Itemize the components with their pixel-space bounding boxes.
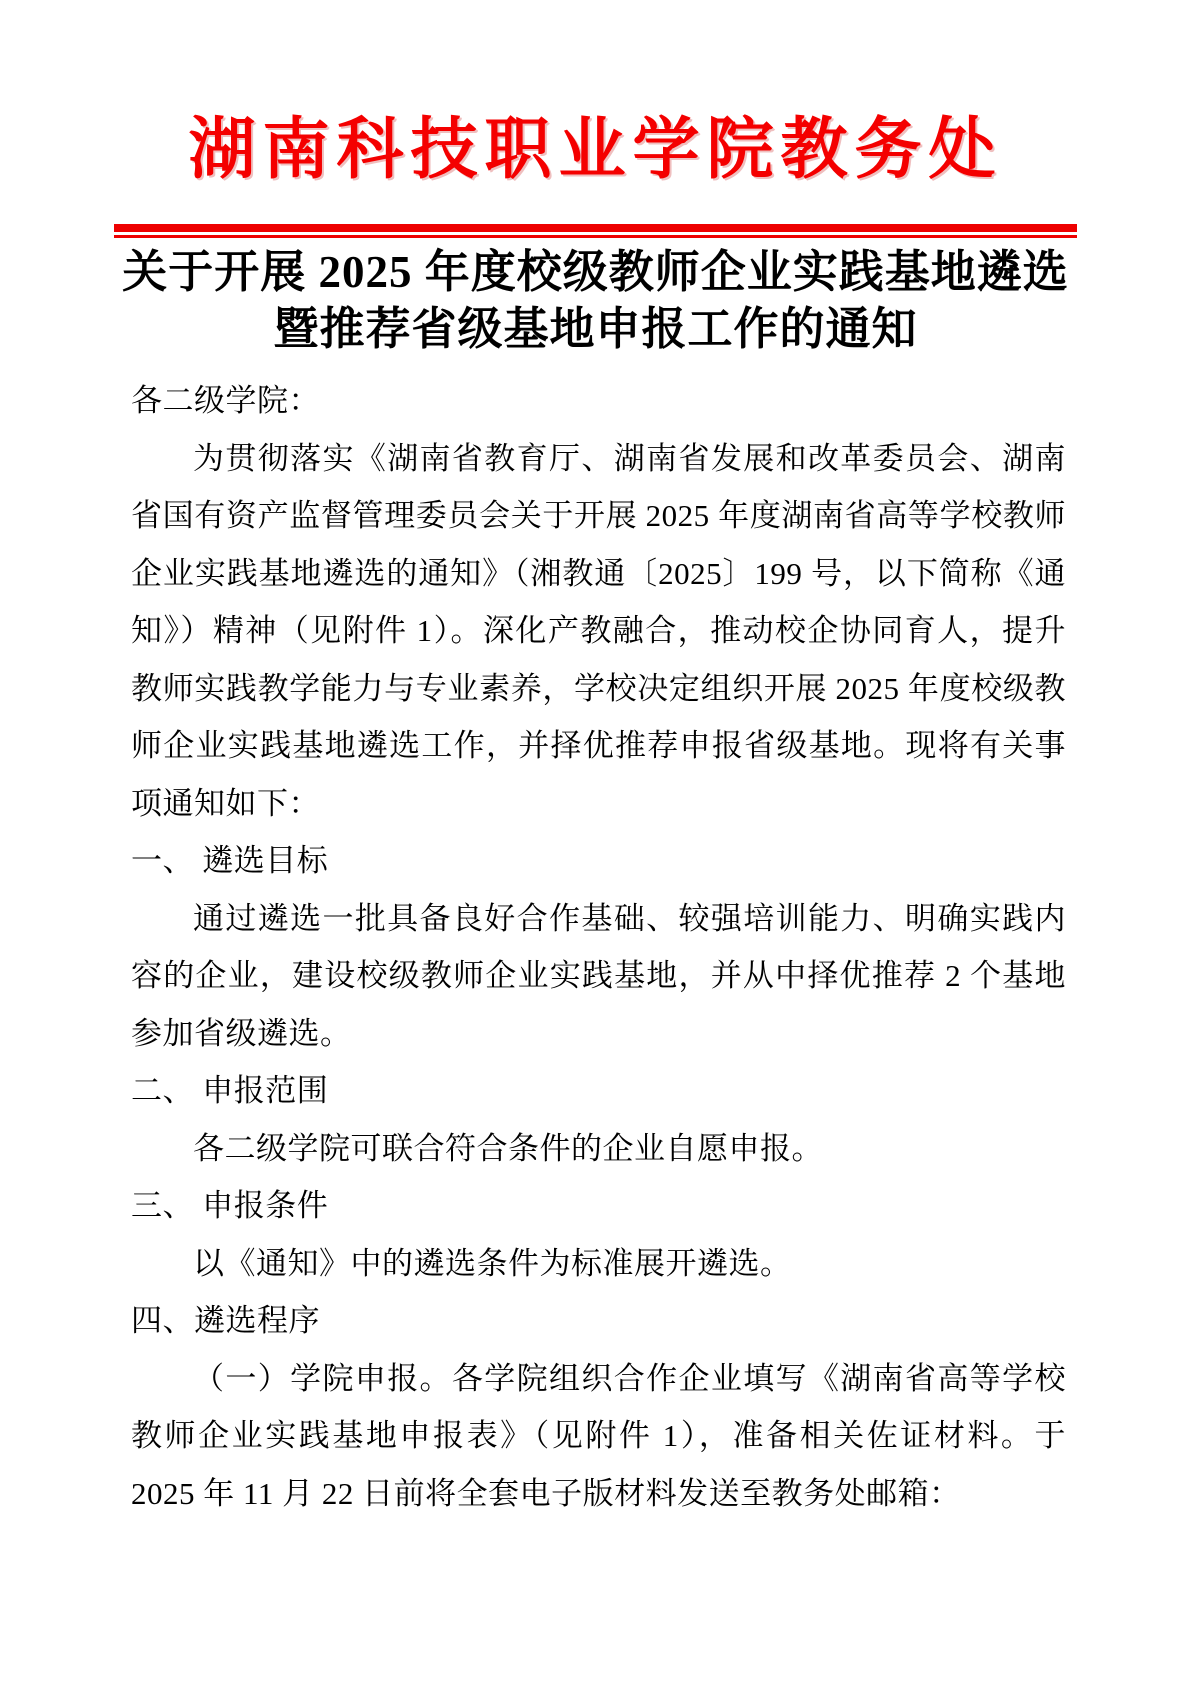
- section-heading-4: 四、遴选程序: [131, 1292, 1066, 1350]
- section-heading-1: 一、 遴选目标: [131, 832, 1066, 890]
- rule-thin-line: [114, 235, 1077, 238]
- document-body: 各二级学院： 为贯彻落实《湖南省教育厅、湖南省发展和改革委员会、湖南省国有资产监…: [131, 372, 1066, 1522]
- rule-thick-line: [114, 224, 1077, 232]
- red-double-rule: [114, 224, 1077, 238]
- document-title-line-2: 暨推荐省级基地申报工作的通知: [80, 301, 1111, 358]
- paragraph: 为贯彻落实《湖南省教育厅、湖南省发展和改革委员会、湖南省国有资产监督管理委员会关…: [131, 430, 1066, 833]
- section-heading-2: 二、 申报范围: [131, 1062, 1066, 1120]
- document-title: 关于开展 2025 年度校级教师企业实践基地遴选 暨推荐省级基地申报工作的通知: [80, 244, 1111, 358]
- document-title-line-1: 关于开展 2025 年度校级教师企业实践基地遴选: [80, 244, 1111, 301]
- paragraph: 各二级学院可联合符合条件的企业自愿申报。: [131, 1120, 1066, 1178]
- section-heading-3: 三、 申报条件: [131, 1177, 1066, 1235]
- paragraph: 通过遴选一批具备良好合作基础、较强培训能力、明确实践内容的企业，建设校级教师企业…: [131, 890, 1066, 1063]
- paragraph: （一）学院申报。各学院组织合作企业填写《湖南省高等学校教师企业实践基地申报表》（…: [131, 1350, 1066, 1523]
- document-page: 湖南科技职业学院教务处 关于开展 2025 年度校级教师企业实践基地遴选 暨推荐…: [0, 0, 1191, 1684]
- paragraph: 以《通知》中的遴选条件为标准展开遴选。: [131, 1235, 1066, 1293]
- letterhead-title: 湖南科技职业学院教务处: [0, 112, 1191, 188]
- salutation: 各二级学院：: [131, 372, 1066, 430]
